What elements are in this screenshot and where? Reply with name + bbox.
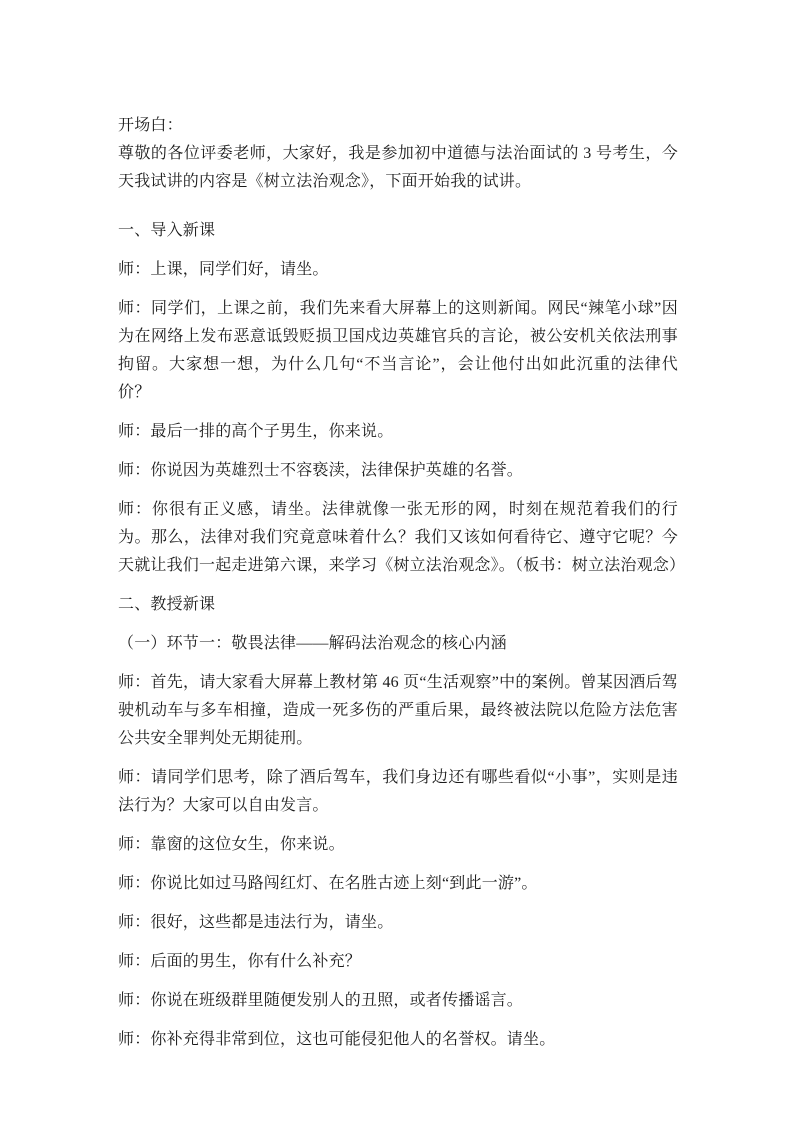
paragraph: 师：你说比如过马路闯红灯、在名胜古迹上刻“到此一游”。 [118,870,678,898]
document-page: 开场白：尊敬的各位评委老师，大家好，我是参加初中道德与法治面试的 3 号考生，今… [0,0,793,1122]
paragraph: 师：首先，请大家看大屏幕上教材第 46 页“生活观察”中的案例。曾某因酒后驾驶机… [118,669,678,753]
paragraph: 师：你说因为英雄烈士不容亵渎，法律保护英雄的名誉。 [118,457,678,485]
paragraph: 师：后面的男生，你有什么补充？ [118,948,678,976]
paragraph: （一）环节一：敬畏法律——解码法治观念的核心内涵 [118,630,678,658]
paragraph: 二、教授新课 [118,591,678,619]
paragraph: 师：请同学们思考，除了酒后驾车，我们身边还有哪些看似“小事”，实则是违法行为？大… [118,764,678,820]
paragraph: 师：靠窗的这位女生，你来说。 [118,831,678,859]
paragraph: 一、导入新课 [118,217,678,245]
paragraph: 师：你补充得非常到位，这也可能侵犯他人的名誉权。请坐。 [118,1026,678,1054]
paragraph: 师：最后一排的高个子男生，你来说。 [118,418,678,446]
paragraph: 师：同学们，上课之前，我们先来看大屏幕上的这则新闻。网民“辣笔小球”因为在网络上… [118,295,678,407]
paragraph: 师：你说在班级群里随便发别人的丑照，或者传播谣言。 [118,987,678,1015]
paragraph: 开场白： [118,112,678,140]
paragraph: 师：上课，同学们好，请坐。 [118,256,678,284]
paragraph: 师：你很有正义感，请坐。法律就像一张无形的网，时刻在规范着我们的行为。那么，法律… [118,496,678,580]
paragraph: 师：很好，这些都是违法行为，请坐。 [118,909,678,937]
document-body: 开场白：尊敬的各位评委老师，大家好，我是参加初中道德与法治面试的 3 号考生，今… [118,112,678,1065]
paragraph: 尊敬的各位评委老师，大家好，我是参加初中道德与法治面试的 3 号考生，今天我试讲… [118,140,678,196]
